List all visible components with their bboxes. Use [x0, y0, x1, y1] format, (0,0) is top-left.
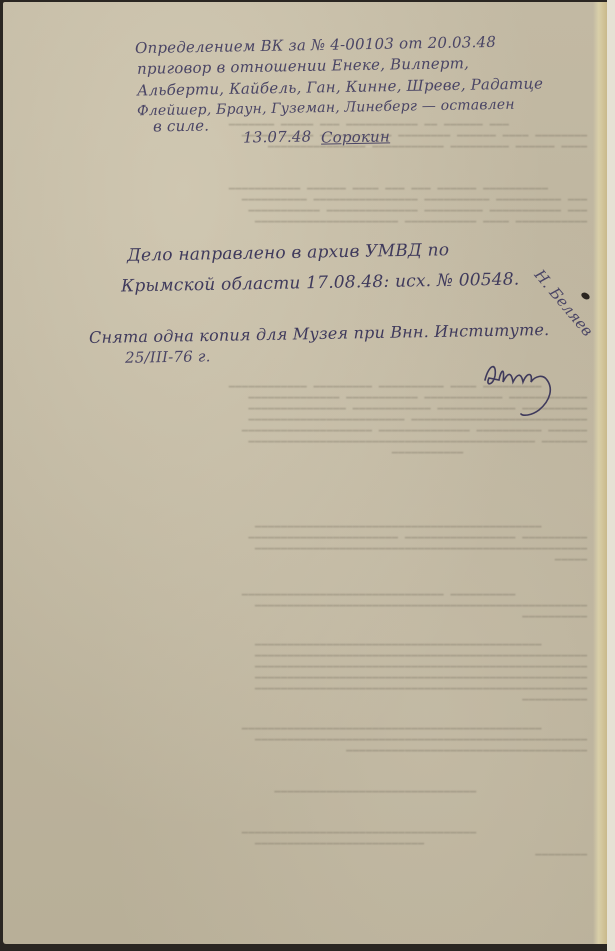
page-edge — [593, 2, 607, 944]
annotation-3-signature — [481, 352, 571, 426]
annotation-3-date: 25/III-76 г. — [125, 345, 211, 368]
scanner-edge-strip — [607, 0, 615, 951]
typed-bleed-block-4: ━━━━━━━━━━━━━━━━━━━━━━━━━━━━━━━━━━━━━━━━… — [27, 522, 587, 566]
annotation-2-line-1: Дело направлено в архив УМВД по — [127, 237, 450, 270]
typed-bleed-block-7: ━━━━━━━━━━━━━━━━━━━━━━━━━━━━━━━━━━━━━━━━… — [27, 724, 587, 757]
annotation-1-date: 13.07.48 — [243, 125, 312, 148]
annotation-2-line-2: Крымской области 17.08.48: исх. № 00548. — [121, 267, 520, 301]
annotation-1-signature: Сорокин — [321, 125, 390, 148]
typed-bleed-block-6: ━━━━━━━━━━━━━━━━━━━━━━━━━━━━━━━━━━━━━━━━… — [27, 640, 587, 706]
typed-bleed-block-8: ━━━━━━━━━━━━━━━━━━━━━━━━━━━━━━━ — [27, 787, 587, 798]
typed-bleed-block-5: ━━━━━━━━━━ ━━━━━━━━━━━━━━━━━━━━━━━━━━━━━… — [27, 590, 587, 623]
typed-bleed-block-2: ━━━━━━━━━━ ━━━━━━ ━━━ ━━━ ━━━━ ━━━━━━ ━━… — [27, 184, 587, 228]
annotation-1-line-5: в силе. — [153, 115, 210, 138]
document-page: ━━━ ━━━━━━ ━━ ━━━━━━━━━━━ ━━━ ━━━━━ ━━━━… — [3, 2, 607, 944]
typed-bleed-block-9: ━━━━━━━━━━━━━━━━━━━━━━━━━━━━━━━━━━━━ ━━━… — [27, 828, 587, 861]
ink-smudge — [580, 291, 591, 301]
